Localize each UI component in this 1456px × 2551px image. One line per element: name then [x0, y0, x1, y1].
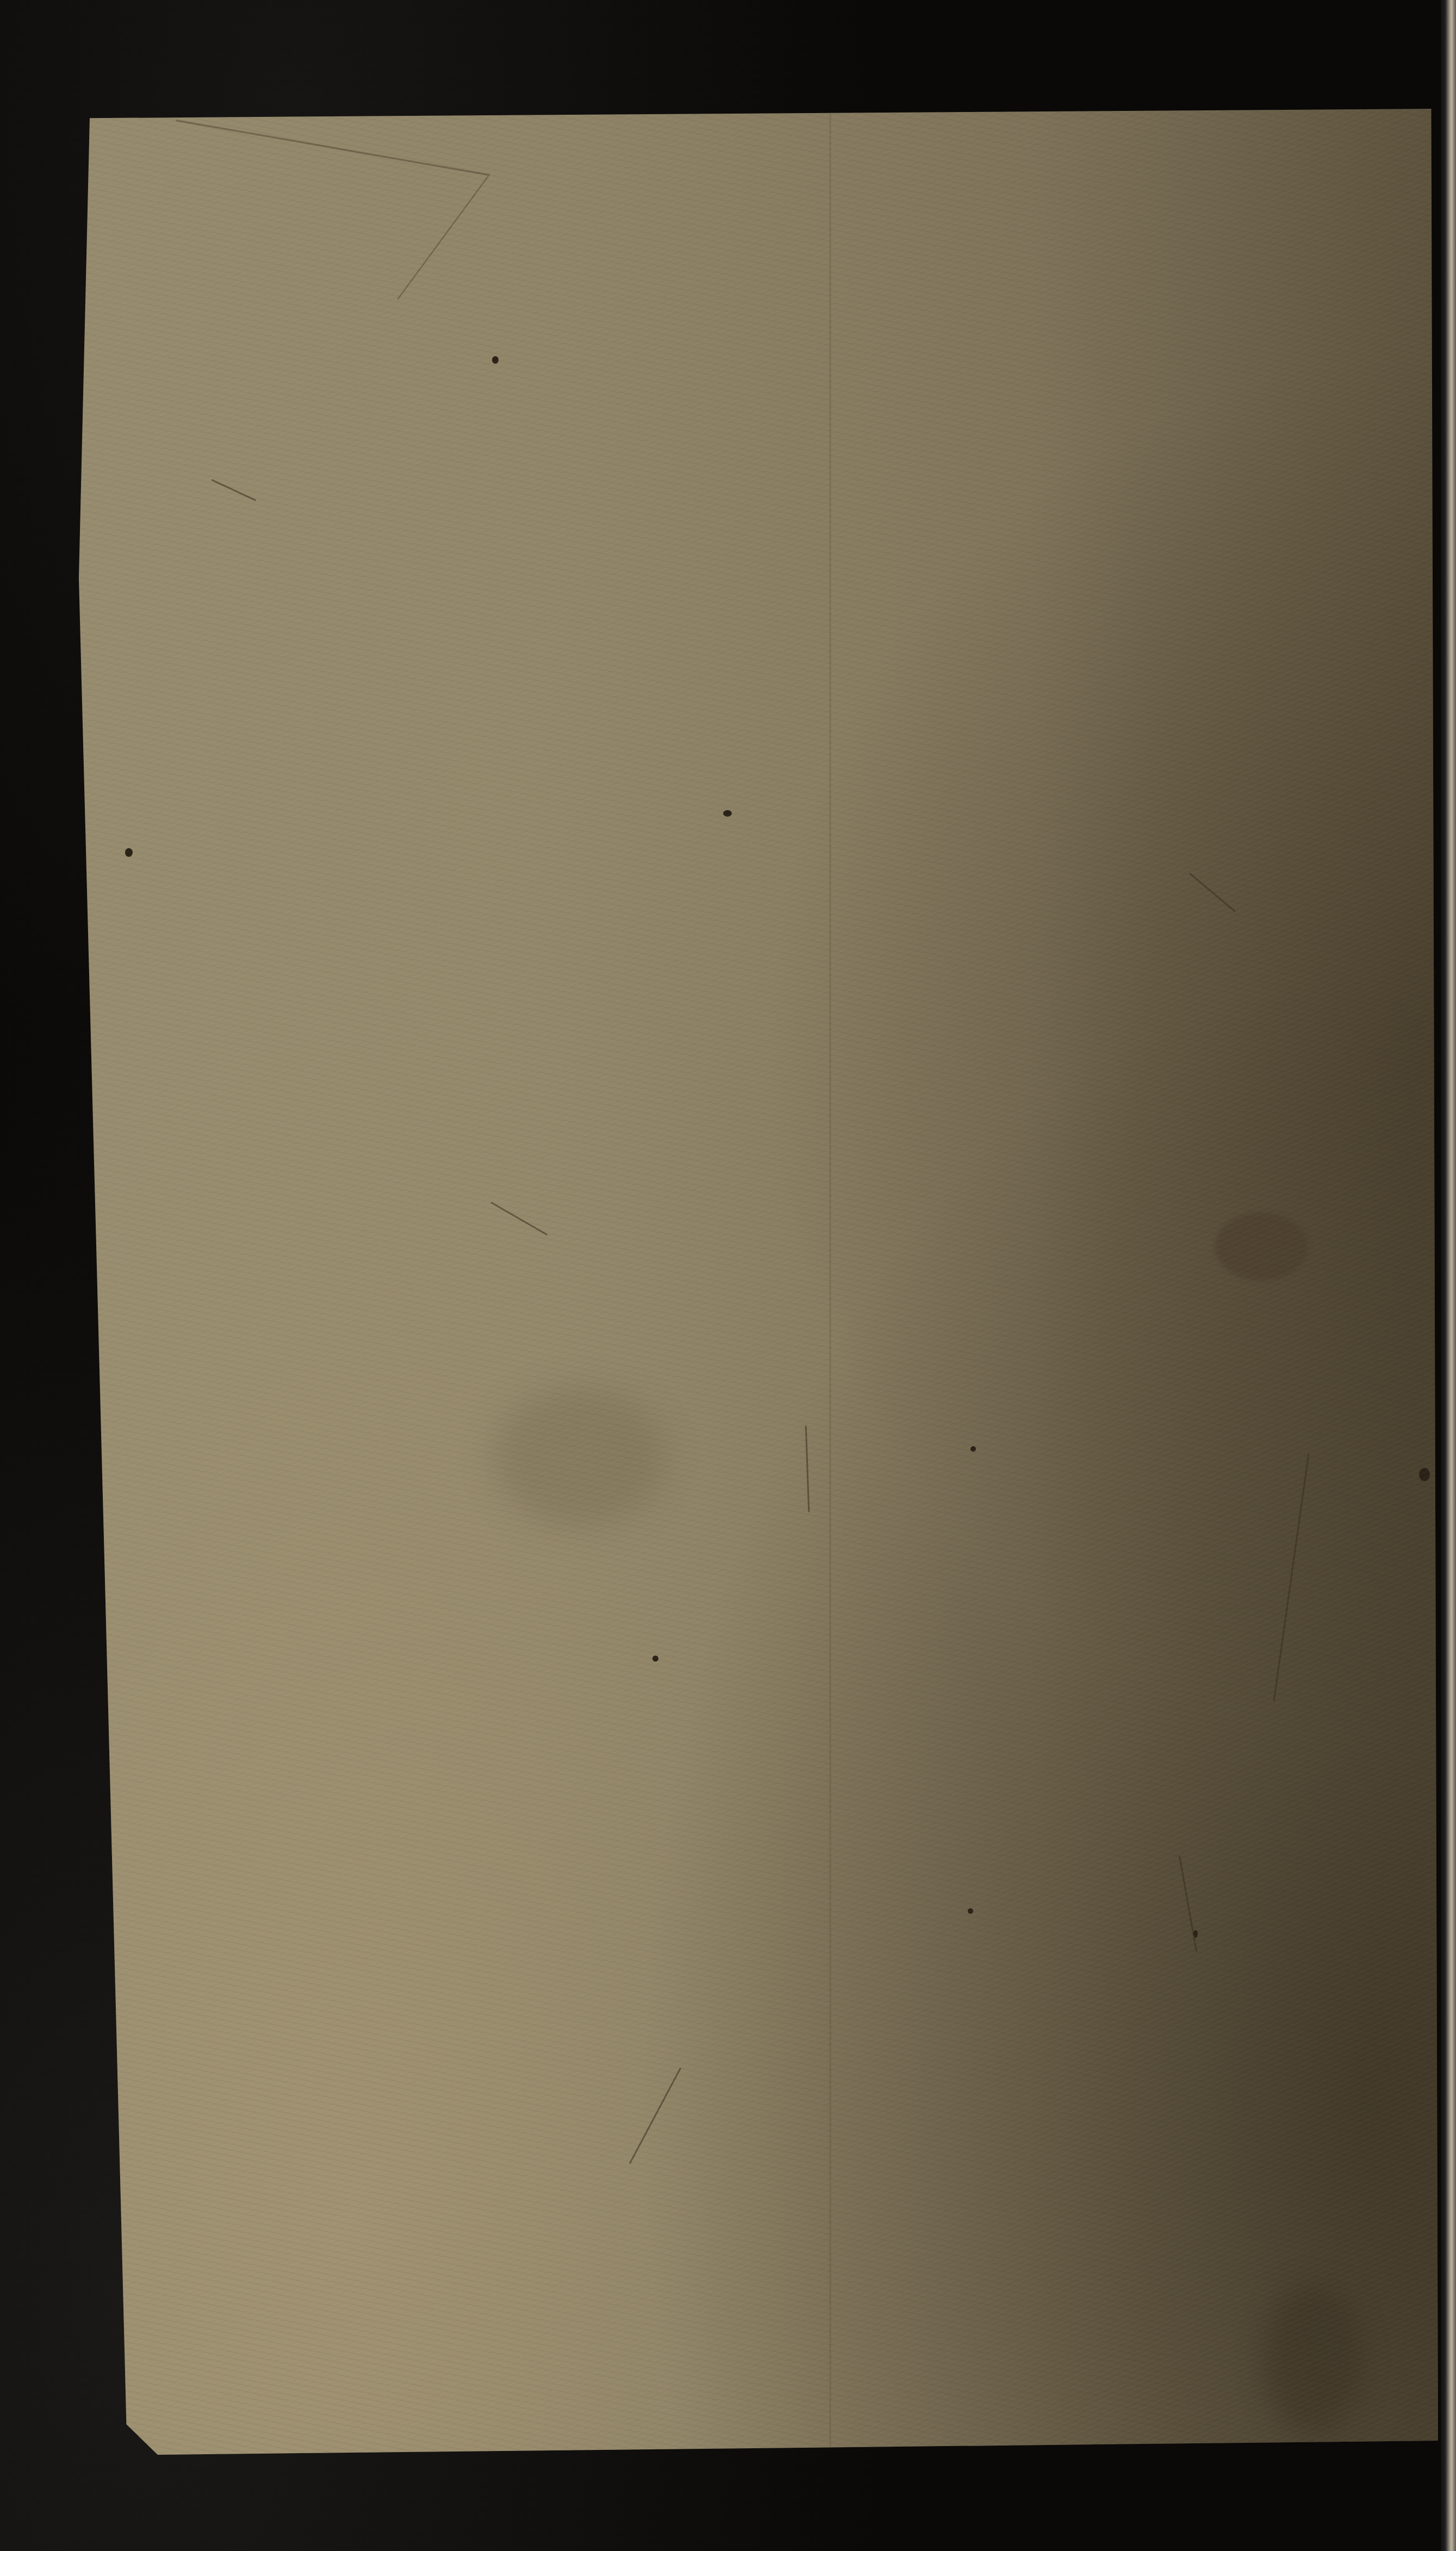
paper-speck	[125, 848, 133, 857]
paper-fiber	[211, 479, 257, 501]
faint-stain	[492, 1386, 666, 1528]
water-stain	[1215, 1212, 1308, 1280]
paper-seam	[829, 109, 831, 2455]
paper-speck	[723, 810, 732, 817]
paper-speck	[652, 1656, 658, 1662]
book-spine-edge	[1441, 0, 1456, 2551]
paper-page	[79, 109, 1438, 2455]
paper-speck	[492, 356, 499, 364]
paper-fiber	[1179, 1856, 1197, 1952]
paper-fiber	[805, 1425, 810, 1512]
paper-fiber	[629, 2068, 682, 2164]
faint-stain	[1264, 2284, 1362, 2436]
paper-fiber	[1273, 1454, 1310, 1702]
paper-fiber	[490, 1202, 547, 1236]
paper-speck	[1419, 1468, 1430, 1481]
paper-speck	[968, 1908, 973, 1914]
paper-speck	[970, 1446, 976, 1452]
folded-corner-crease	[85, 120, 490, 300]
paper-fiber	[1189, 873, 1236, 912]
